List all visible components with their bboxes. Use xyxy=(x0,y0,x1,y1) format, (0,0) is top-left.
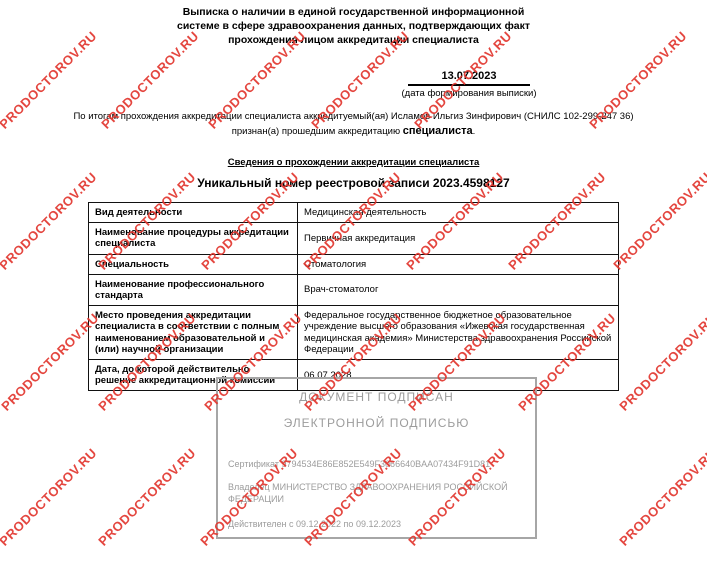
table-row-value: Врач-стоматолог xyxy=(298,274,619,305)
registry-number-line: Уникальный номер реестровой записи 2023.… xyxy=(0,176,707,190)
table-row-label: Вид деятельности xyxy=(89,203,298,223)
signature-validity: Действителен с 09.12.2022 по 09.12.2023 xyxy=(228,518,527,530)
formation-date: 13.07.2023 xyxy=(408,70,530,86)
intro-text: По итогам прохождения аккредитации специ… xyxy=(73,111,633,137)
table-row-label: Место проведения аккредитации специалист… xyxy=(89,306,298,360)
intro-bold-word: специалиста xyxy=(403,125,473,137)
accreditation-table-body: Вид деятельностиМедицинская деятельность… xyxy=(89,203,619,391)
table-row-value: Федеральное государственное бюджетное об… xyxy=(298,306,619,360)
table-row-value: Стоматология xyxy=(298,254,619,274)
signature-owner: Владелец МИНИСТЕРСТВО ЗДРАВООХРАНЕНИЯ РО… xyxy=(228,481,527,505)
section-heading: Сведения о прохождении аккредитации спец… xyxy=(0,157,707,168)
accreditation-table: Вид деятельностиМедицинская деятельность… xyxy=(88,202,619,391)
formation-date-block: 13.07.2023 (дата формирования выписки) xyxy=(399,70,539,99)
document-content: Выписка о наличии в единой государственн… xyxy=(0,0,707,584)
table-row-value: Первичная аккредитация xyxy=(298,223,619,254)
intro-paragraph: По итогам прохождения аккредитации специ… xyxy=(65,111,643,139)
table-row-value: Медицинская деятельность xyxy=(298,203,619,223)
signature-heading-line1: ДОКУМЕНТ ПОДПИСАН xyxy=(218,390,535,404)
accreditation-extract-document: Выписка о наличии в единой государственн… xyxy=(0,0,707,584)
document-title: Выписка о наличии в единой государственн… xyxy=(168,5,540,47)
electronic-signature-stamp: ДОКУМЕНТ ПОДПИСАН ЭЛЕКТРОННОЙ ПОДПИСЬЮ С… xyxy=(216,377,537,539)
table-row-label: Специальность xyxy=(89,254,298,274)
table-row-label: Наименование профессионального стандарта xyxy=(89,274,298,305)
table-row-label: Наименование процедуры аккредитации спец… xyxy=(89,223,298,254)
table-row: Наименование профессионального стандарта… xyxy=(89,274,619,305)
table-row: Место проведения аккредитации специалист… xyxy=(89,306,619,360)
table-row: СпециальностьСтоматология xyxy=(89,254,619,274)
formation-date-caption: (дата формирования выписки) xyxy=(399,88,539,99)
table-row: Вид деятельностиМедицинская деятельность xyxy=(89,203,619,223)
signature-certificate: Сертификат 9794534E86E852E549F3066640BAA… xyxy=(228,458,527,470)
table-row: Наименование процедуры аккредитации спец… xyxy=(89,223,619,254)
signature-heading-line2: ЭЛЕКТРОННОЙ ПОДПИСЬЮ xyxy=(218,416,535,430)
intro-text-suffix: . xyxy=(473,126,476,137)
